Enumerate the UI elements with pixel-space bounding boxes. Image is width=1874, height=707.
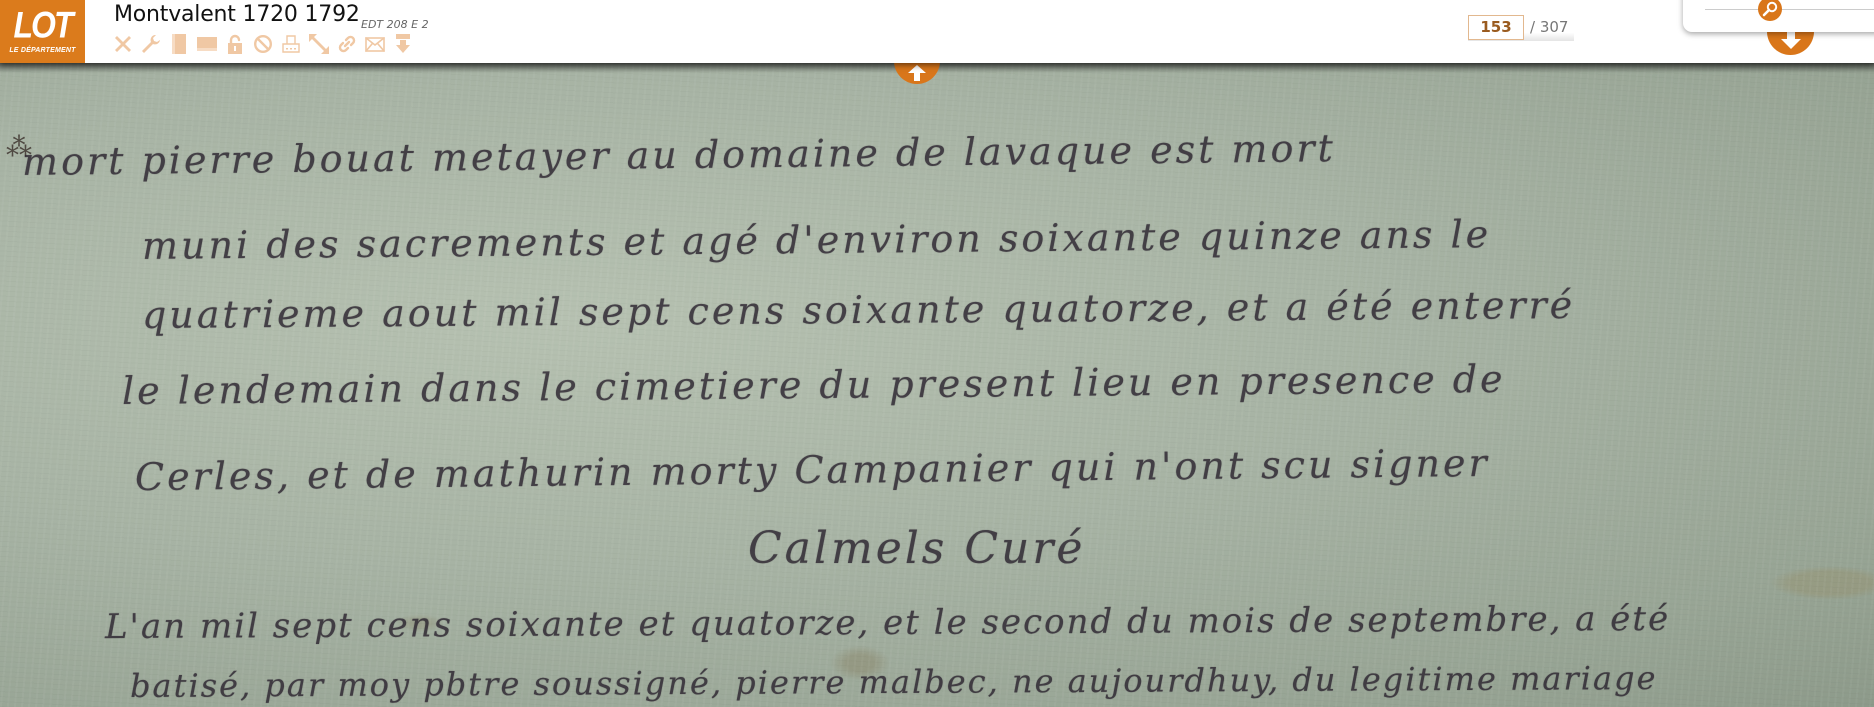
- document-reference: EDT 208 E 2: [361, 18, 429, 31]
- close-button[interactable]: [112, 33, 134, 55]
- fit-width-button[interactable]: [196, 33, 218, 55]
- toolbar: [112, 31, 414, 57]
- unlock-icon: [225, 34, 245, 54]
- download-button[interactable]: [392, 33, 414, 55]
- email-button[interactable]: [364, 33, 386, 55]
- logo-text: LOT: [14, 7, 72, 44]
- fit-height-button[interactable]: [168, 33, 190, 55]
- zoom-slider-track[interactable]: [1705, 9, 1874, 10]
- manuscript-line: quatrieme aout mil sept cens soixante qu…: [142, 283, 1575, 337]
- page-navigator: / 307: [1468, 13, 1574, 41]
- fullscreen-button[interactable]: [308, 33, 330, 55]
- portrait-page-icon: [169, 34, 189, 54]
- manuscript-line: muni des sacrements et agé d'environ soi…: [142, 212, 1492, 268]
- manuscript-line: batisé, par moy pbtre soussigné, pierre …: [130, 659, 1658, 705]
- print-button[interactable]: [280, 33, 302, 55]
- department-logo[interactable]: LOT LE DÉPARTEMENT: [0, 0, 85, 63]
- unlock-button[interactable]: [224, 33, 246, 55]
- zoom-magnifier-icon: [1762, 1, 1778, 17]
- signature: Calmels Curé: [748, 523, 1085, 574]
- permalink-button[interactable]: [336, 33, 358, 55]
- manuscript-line: L'an mil sept cens soixante et quatorze,…: [105, 599, 1670, 647]
- zoom-slider-thumb[interactable]: [1758, 0, 1782, 21]
- envelope-icon: [365, 34, 385, 54]
- document-image-viewer[interactable]: ⁂ mort pierre bouat metayer au domaine d…: [0, 63, 1874, 707]
- printer-icon: [281, 34, 301, 54]
- settings-button[interactable]: [140, 33, 162, 55]
- page-number-input[interactable]: [1468, 15, 1524, 40]
- resize-arrows-icon: [309, 34, 329, 54]
- download-icon: [393, 34, 413, 54]
- manuscript-line: mort pierre bouat metayer au domaine de …: [22, 126, 1336, 184]
- close-icon: [113, 34, 133, 54]
- forbidden-icon: [253, 34, 273, 54]
- manuscript-line: Cerles, et de mathurin morty Campanier q…: [135, 441, 1490, 499]
- arrow-up-icon: [908, 65, 926, 81]
- manuscript-line: le lendemain dans le cimetiere du presen…: [122, 357, 1506, 413]
- wrench-icon: [141, 34, 161, 54]
- zoom-panel: [1683, 0, 1874, 32]
- page-total: / 307: [1530, 18, 1568, 36]
- restrict-button[interactable]: [252, 33, 274, 55]
- link-icon: [337, 34, 357, 54]
- viewer-header: LOT LE DÉPARTEMENT Montvalent 1720 1792 …: [0, 0, 1874, 63]
- landscape-page-icon: [197, 34, 217, 54]
- arrow-down-icon: [1781, 31, 1801, 49]
- document-title: Montvalent 1720 1792: [114, 2, 360, 27]
- logo-subtext: LE DÉPARTEMENT: [9, 47, 75, 54]
